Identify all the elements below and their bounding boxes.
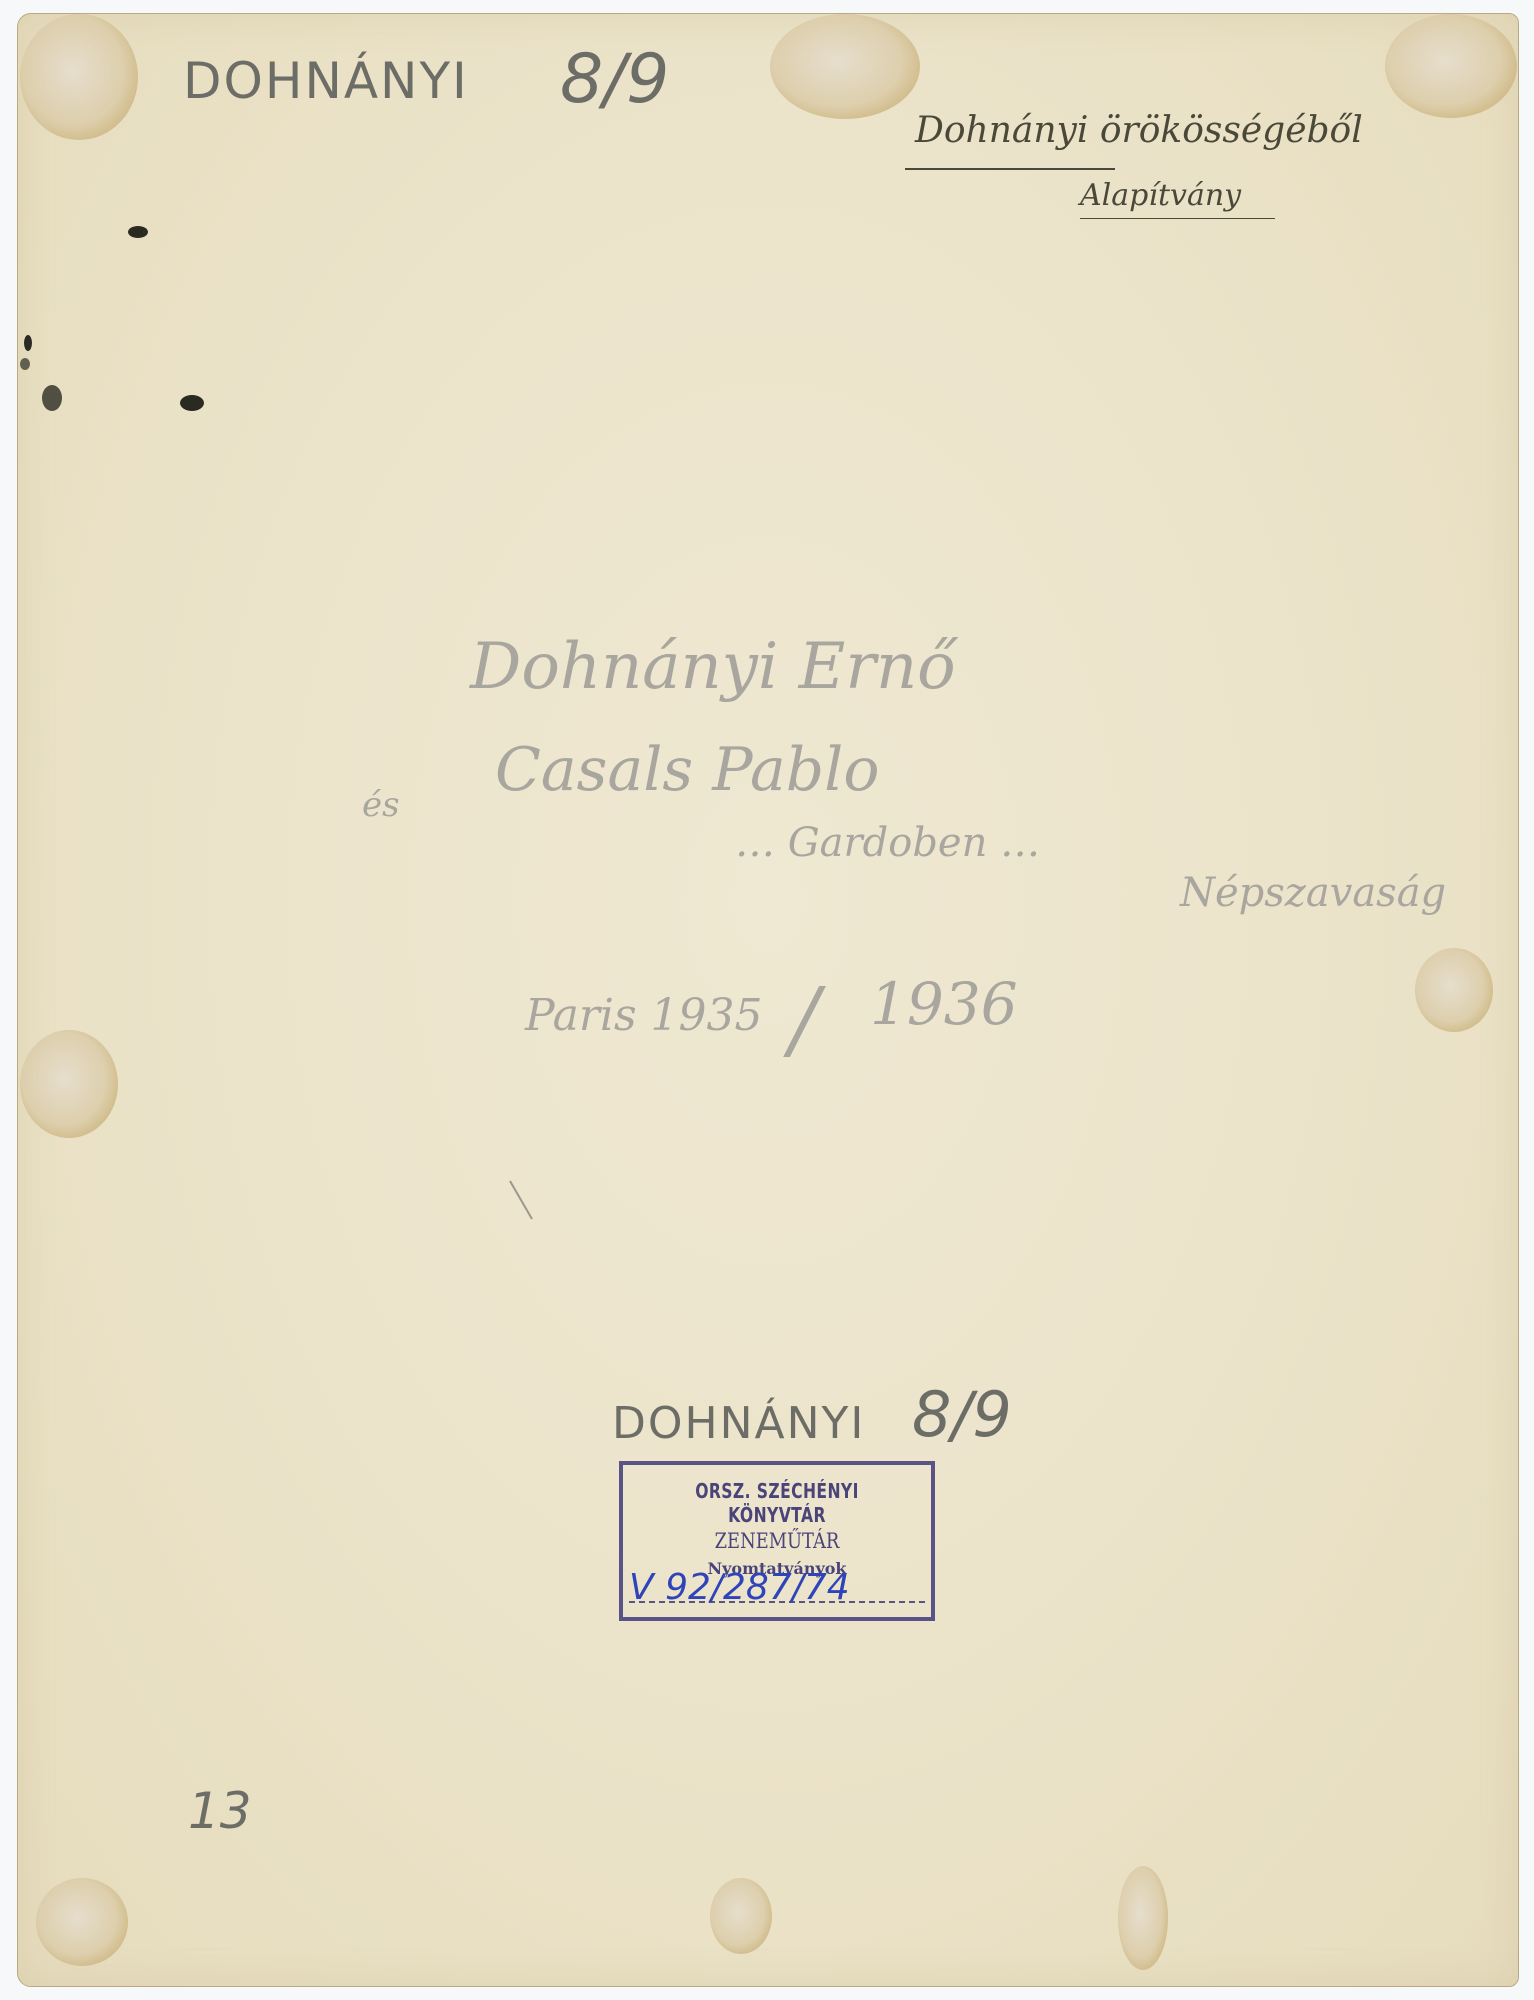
caption-separator: / bbox=[790, 970, 819, 1070]
caption-line4: Népszavaság bbox=[1180, 870, 1446, 916]
stamp-department: ZENEMŰTÁR bbox=[646, 1529, 908, 1553]
ink-spot bbox=[20, 358, 30, 370]
caption-conjunction: és bbox=[362, 785, 400, 825]
archive-label-number-bottom: 8/9 bbox=[912, 1378, 1012, 1451]
glue-stain-top-center bbox=[770, 14, 920, 119]
caption-place-date: Paris 1935 bbox=[525, 990, 763, 1041]
ink-spot bbox=[42, 385, 62, 411]
library-stamp: ORSZ. SZÉCHÉNYI KÖNYVTÁR ZENEMŰTÁR Nyomt… bbox=[619, 1461, 935, 1621]
caption-line3: … Gardoben … bbox=[735, 820, 1040, 866]
archive-label-number-top: 8/9 bbox=[560, 40, 669, 119]
photo-verso-paper bbox=[17, 13, 1519, 1987]
glue-stain-bottom-left bbox=[36, 1878, 128, 1966]
glue-stain-top-left bbox=[20, 14, 138, 140]
glue-stain-bottom-center bbox=[710, 1878, 772, 1954]
glue-stain-bottom-right bbox=[1118, 1866, 1168, 1970]
provenance-underline bbox=[905, 168, 1115, 170]
page-number: 13 bbox=[188, 1782, 252, 1840]
archive-label-top: DOHNÁNYI bbox=[183, 52, 469, 110]
archive-label-bottom: DOHNÁNYI bbox=[612, 1398, 865, 1449]
provenance-note-line2: Alapítvány bbox=[1080, 178, 1241, 213]
glue-stain-mid-right bbox=[1415, 948, 1493, 1032]
ink-spot bbox=[128, 226, 148, 238]
archive-label-name: DOHNÁNYI bbox=[183, 52, 469, 110]
ink-spot bbox=[180, 395, 204, 411]
provenance-note-line1: Dohnányi örökösségéből bbox=[915, 110, 1363, 151]
glue-stain-top-right bbox=[1385, 14, 1517, 118]
caption-alt-year: 1936 bbox=[870, 970, 1018, 1038]
caption-names-line1: Dohnányi Ernő bbox=[470, 630, 956, 704]
stamp-call-number: V 92/287/74 bbox=[629, 1567, 929, 1608]
glue-stain-mid-left bbox=[20, 1030, 118, 1138]
provenance-underline-2 bbox=[1080, 218, 1275, 219]
stamp-library-name: ORSZ. SZÉCHÉNYI KÖNYVTÁR bbox=[657, 1479, 897, 1527]
ink-spot bbox=[24, 335, 32, 351]
caption-names-line2: Casals Pablo bbox=[495, 735, 879, 805]
